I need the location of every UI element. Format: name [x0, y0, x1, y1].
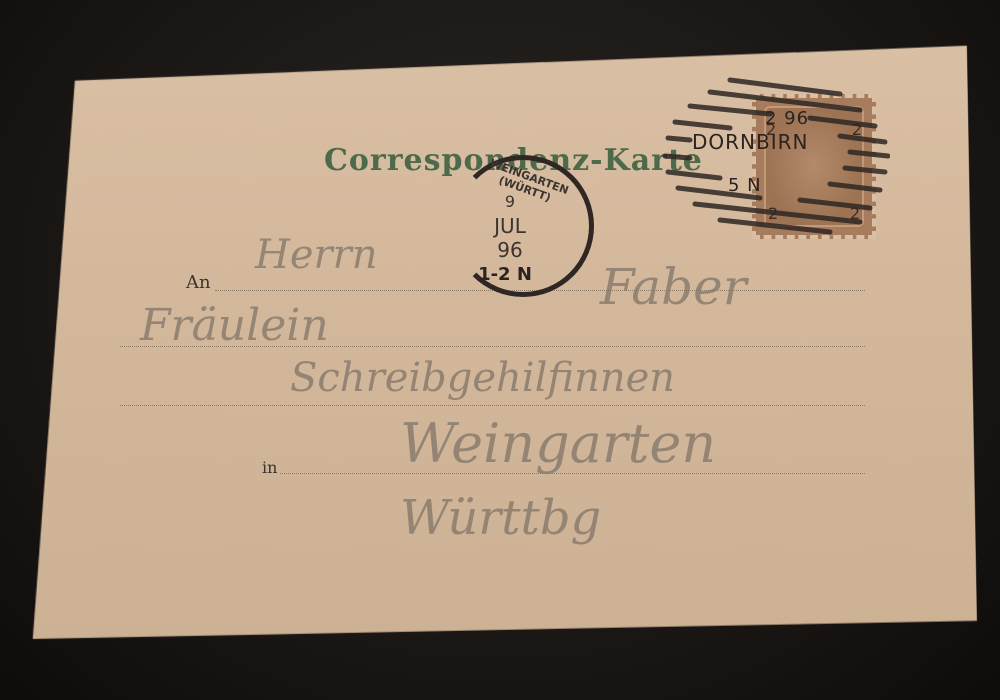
cancel-town: DORNBIRN [692, 130, 808, 154]
address-label-an: An [186, 272, 211, 293]
address-label-in: in [262, 458, 277, 477]
cancel-time: 5 N [728, 175, 762, 196]
handwriting-herrn: Herrn [255, 232, 378, 278]
barred-cancel-lines [660, 72, 890, 242]
arrival-postmark-year: 96 [480, 238, 540, 262]
cancel-date: 2 96 [765, 108, 809, 129]
handwriting-line-2: Fräulein [140, 300, 329, 351]
arrival-postmark-time: 1-2 N [470, 264, 540, 285]
arrival-postmark-day: 9 [490, 192, 530, 211]
handwriting-name: Faber [600, 258, 747, 316]
handwriting-line-3: Schreibgehilfinnen [290, 355, 675, 401]
handwriting-city: Weingarten [400, 412, 716, 475]
handwriting-region: Württbg [400, 490, 601, 546]
arrival-postmark-month: JUL [480, 214, 540, 238]
address-line-3 [120, 405, 865, 406]
